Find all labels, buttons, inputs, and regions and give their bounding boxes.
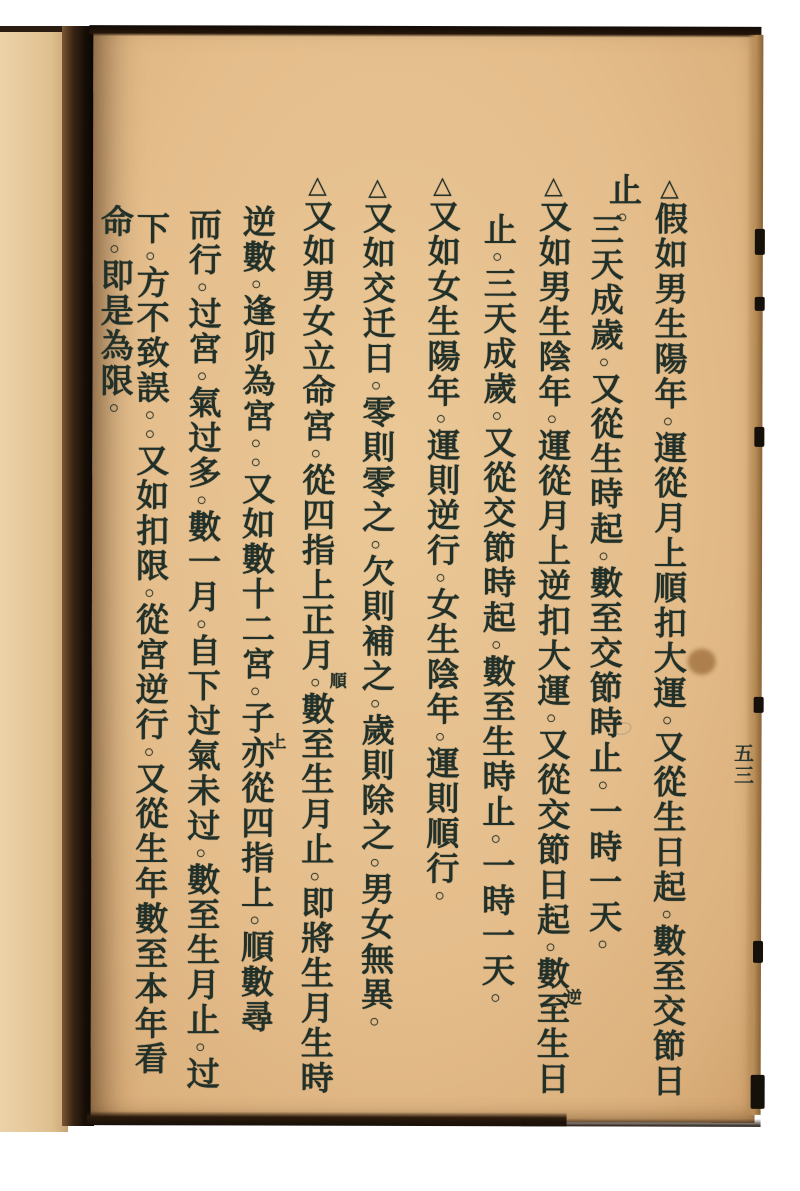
section-mark: △	[655, 173, 681, 202]
text-column-1: △假如男生陽年○運從月上順扣大運○又從生日起○數至交節日止○	[643, 173, 691, 1123]
circle-mark: ○	[191, 843, 210, 862]
text-column-7: △又如男女立命宮○從四指上正月○數至生月止○即將生月生時順	[291, 170, 339, 1096]
circle-mark: ○	[541, 937, 560, 956]
section-mark: △	[303, 170, 329, 199]
circle-mark: ○	[431, 727, 450, 746]
interlinear-annotation: 上	[268, 733, 285, 750]
circle-mark: ○	[245, 911, 264, 930]
manuscript-page: △假如男生陽年○運從月上順扣大運○又從生日起○數至交節日止○三天成歲○又從生時起…	[91, 27, 758, 1123]
circle-mark: ○	[141, 246, 160, 265]
circle-mark: ○	[431, 568, 450, 587]
circle-mark: ○	[140, 742, 159, 761]
circle-mark: ○	[488, 247, 507, 266]
circle-mark: ○	[140, 405, 159, 424]
text-column-6: △又如交迁日○零則零之○欠則補之○歲則除之○男女無異○	[351, 172, 399, 1031]
circle-mark: ○	[594, 546, 613, 565]
circle-mark: ○	[192, 490, 211, 509]
circle-mark: ○	[246, 453, 265, 472]
circle-mark: ○	[366, 376, 385, 395]
circle-mark: ○	[658, 711, 677, 730]
circle-mark: ○	[140, 583, 159, 602]
adjacent-page-edge	[0, 26, 68, 1132]
circle-mark: ○	[105, 239, 124, 258]
circle-mark: ○	[140, 424, 159, 443]
circle-mark: ○	[191, 1037, 210, 1056]
section-mark: △	[428, 170, 454, 199]
circle-mark: ○	[487, 406, 506, 425]
circle-mark: ○	[658, 412, 677, 431]
circle-mark: ○	[542, 409, 561, 428]
section-mark: △	[363, 172, 389, 201]
manuscript-scan: △假如男生陽年○運從月上順扣大運○又從生日起○數至交節日止○三天成歲○又從生時起…	[0, 0, 800, 1191]
circle-mark: ○	[657, 905, 676, 924]
circle-mark: ○	[486, 829, 505, 848]
text-columns: △假如男生陽年○運從月上順扣大運○又從生日起○數至交節日止○三天成歲○又從生時起…	[91, 27, 758, 1123]
circle-mark: ○	[542, 708, 561, 727]
circle-mark: ○	[365, 853, 384, 872]
circle-mark: ○	[306, 444, 325, 463]
circle-mark: ○	[193, 277, 212, 296]
text-column-4: 止○三天成歲○又從交節時起○數至生時止○一時一天○	[472, 212, 520, 1007]
folio-number: 五三	[729, 743, 752, 787]
circle-mark: ○	[430, 886, 449, 905]
circle-mark: ○	[593, 934, 612, 953]
circle-mark: ○	[192, 614, 211, 633]
circle-mark: ○	[431, 409, 450, 428]
text-column-9: 而行○过宮○氣过多○數一月○自下过氣未过○數至生月止○过	[177, 207, 225, 1091]
circle-mark: ○	[192, 366, 211, 385]
circle-mark: ○	[366, 694, 385, 713]
circle-mark: ○	[486, 988, 505, 1007]
circle-mark: ○	[366, 535, 385, 554]
text-column-8: 逆數○逢卯為宮○○又如數十二宮○子亦從四指上○順數尋上	[231, 204, 279, 1034]
section-mark: △	[539, 170, 565, 199]
circle-mark: ○	[595, 352, 614, 371]
text-column-5: △又如女生陽年○運則逆行○女生陰年○運則順行○	[416, 170, 464, 905]
book-spine	[62, 26, 94, 1126]
circle-mark: ○	[593, 775, 612, 794]
text-column-2: 三天成歲○又從生時起○數至交節時止○一時一天○	[579, 212, 627, 953]
circle-mark: ○	[247, 275, 266, 294]
circle-mark: ○	[305, 867, 324, 886]
circle-mark: ○	[246, 434, 265, 453]
text-column-3: △又如男生陰年○運從月上逆扣大運○又從交節日起○數至生日逆	[527, 170, 575, 1096]
circle-mark: ○	[487, 635, 506, 654]
interlinear-annotation: 逆	[563, 988, 580, 1005]
circle-mark: ○	[104, 398, 123, 417]
text-column-11: 命○即是為限○	[90, 204, 137, 417]
circle-mark: ○	[246, 682, 265, 701]
interlinear-annotation: 順	[328, 672, 345, 689]
circle-mark: ○	[306, 673, 325, 692]
circle-mark: ○	[365, 1012, 384, 1031]
